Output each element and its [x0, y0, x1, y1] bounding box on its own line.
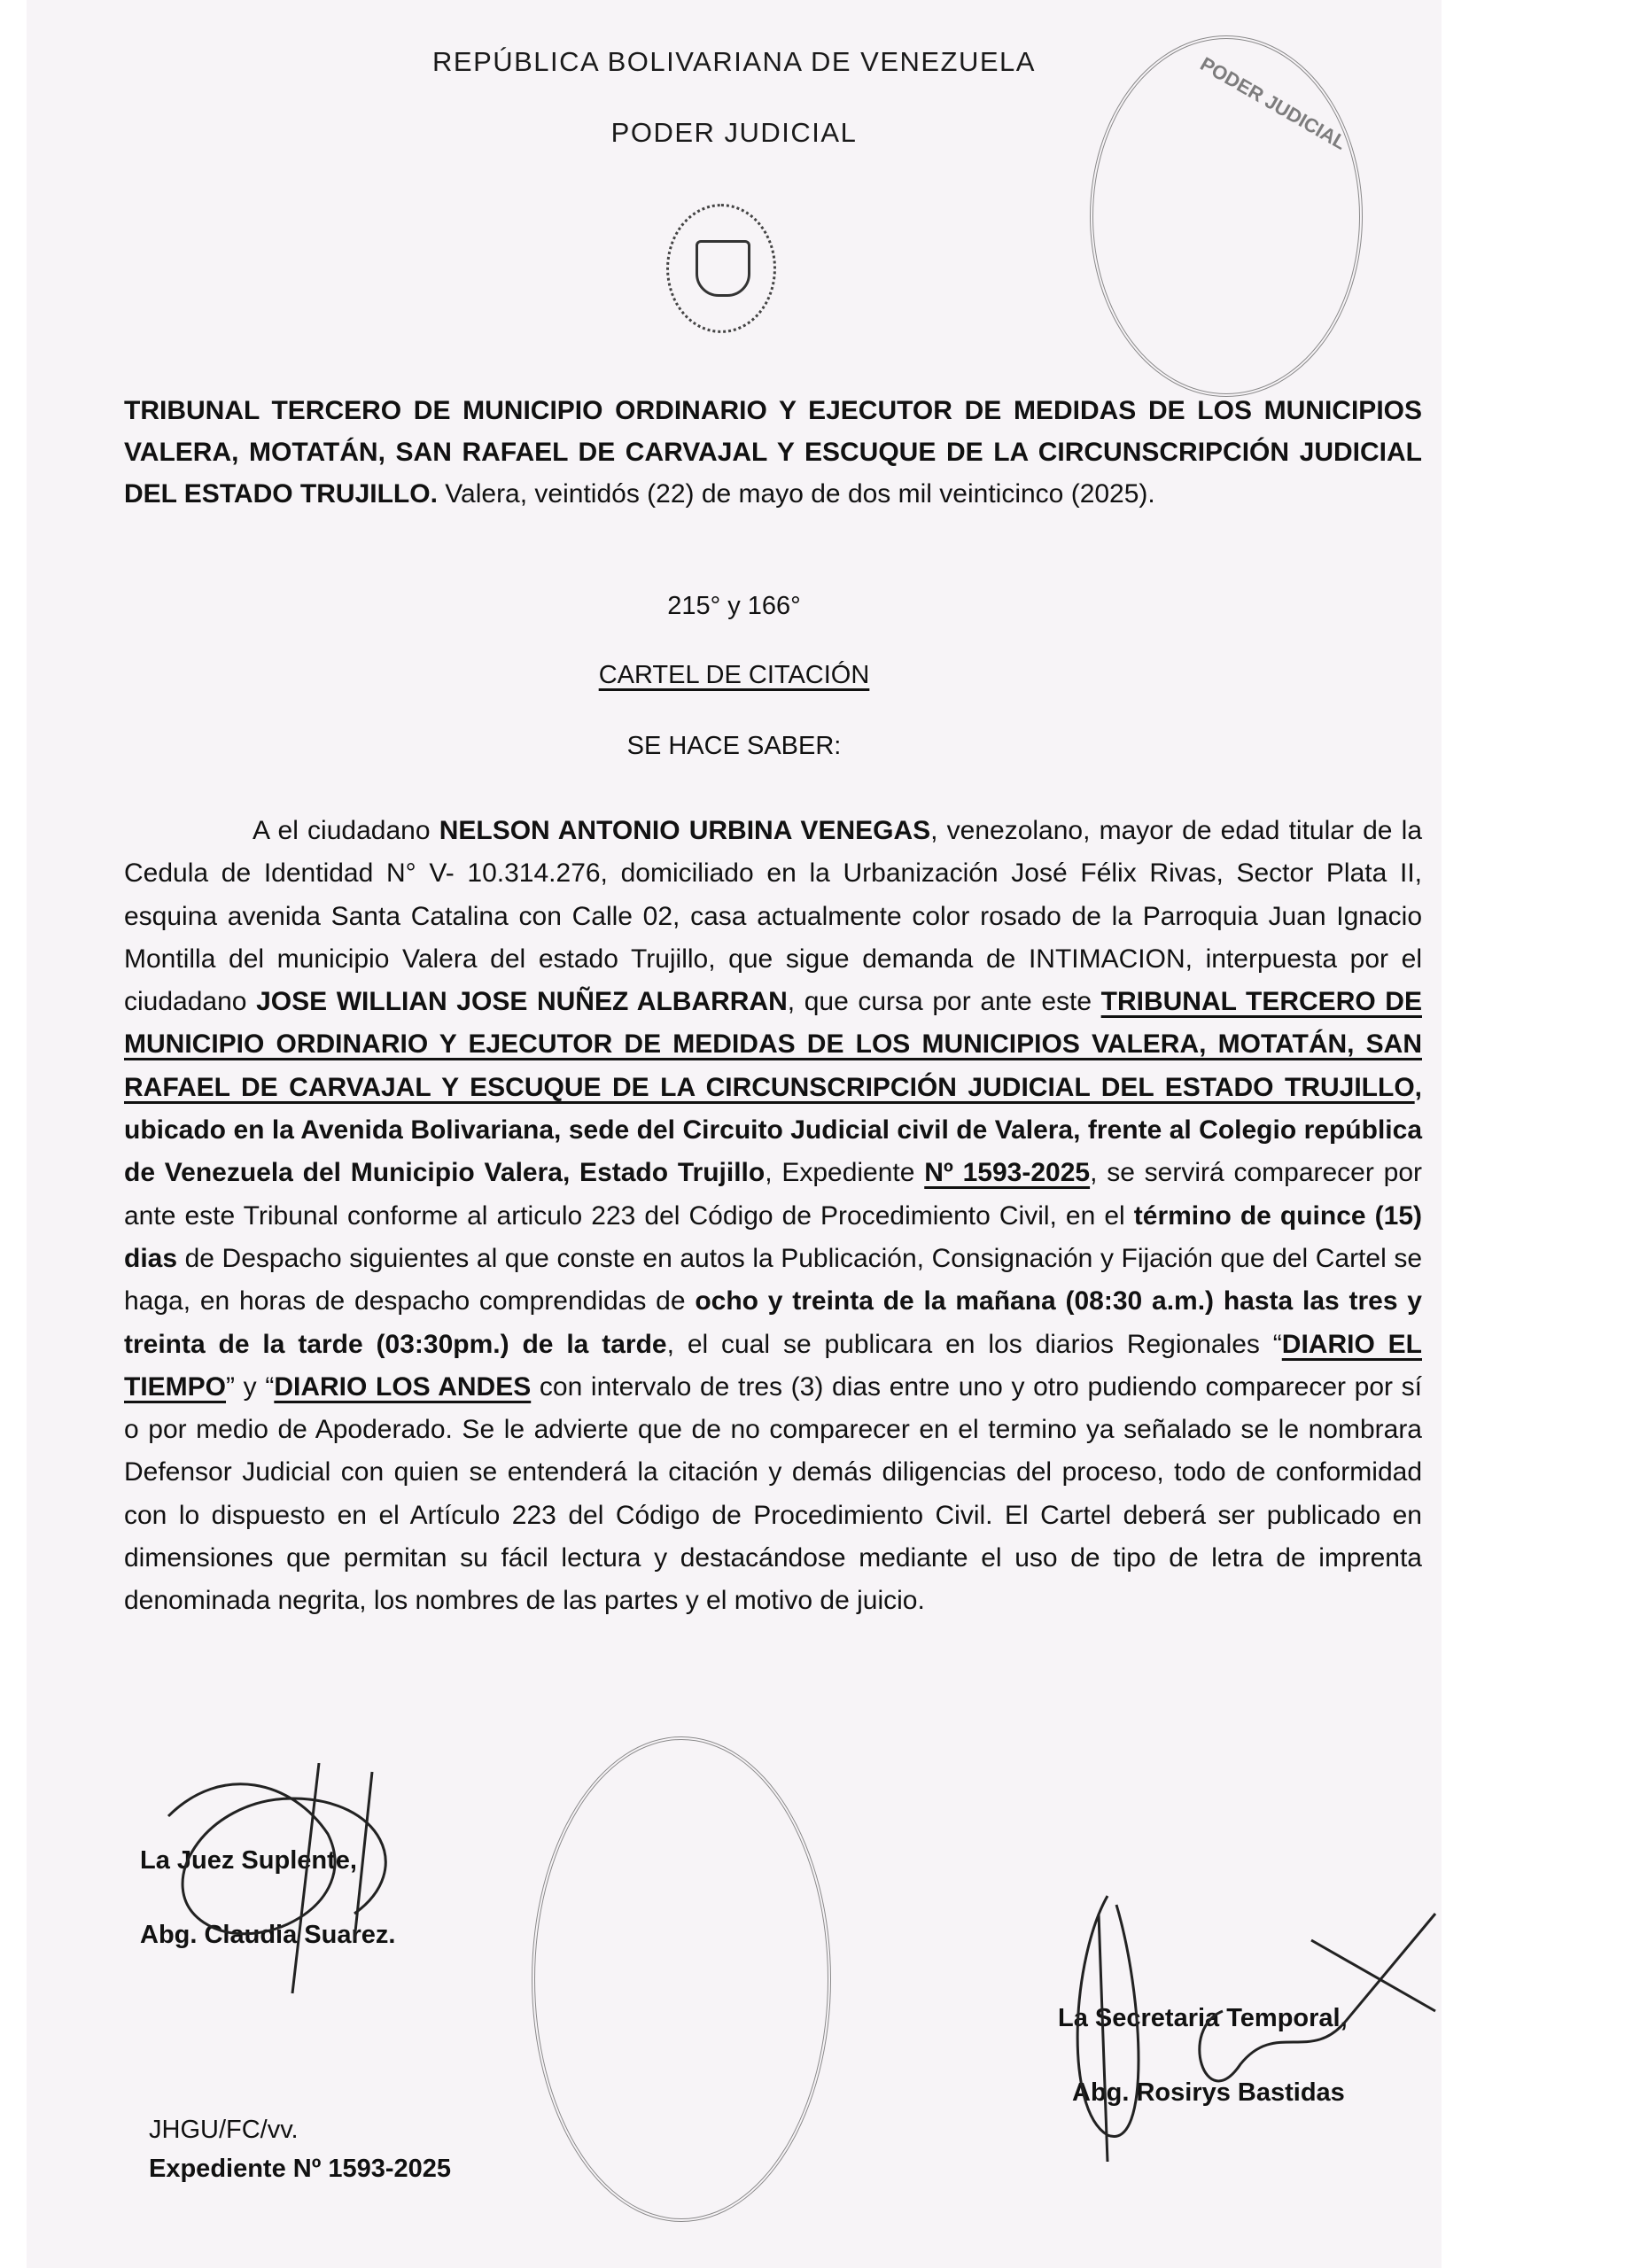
document-page: REPÚBLICA BOLIVARIANA DE VENEZUELA PODER… — [27, 0, 1442, 2268]
defendant-name: NELSON ANTONIO URBINA VENEGAS — [439, 816, 930, 845]
court-stamp-top: PODER JUDICIAL — [1090, 35, 1363, 397]
expediente-footer: Expediente Nº 1593-2025 — [149, 2155, 451, 2184]
secretary-role: La Secretaria Temporal, — [1058, 2004, 1348, 2033]
case-number: Nº 1593-2025 — [924, 1158, 1090, 1187]
initials: JHGU/FC/vv. — [149, 2116, 299, 2145]
date-place: Valera, veintidós (22) de mayo de dos mi… — [445, 479, 1155, 509]
court-heading: TRIBUNAL TERCERO DE MUNICIPIO ORDINARIO … — [124, 390, 1422, 515]
secretary-name: Abg. Rosirys Bastidas — [1072, 2078, 1345, 2108]
newspaper-2: DIARIO LOS ANDES — [274, 1372, 531, 1402]
citation-body: A el ciudadano NELSON ANTONIO URBINA VEN… — [124, 810, 1422, 1623]
judge-name: Abg. Claudia Suarez. — [140, 1921, 395, 1950]
announcement: SE HACE SABER: — [27, 732, 1442, 761]
plaintiff-name: JOSE WILLIAN JOSE NUÑEZ ALBARRAN — [256, 987, 788, 1016]
document-title: CARTEL DE CITACIÓN — [599, 661, 870, 689]
coat-of-arms-icon — [666, 204, 776, 333]
judge-role: La Juez Suplente, — [140, 1846, 357, 1876]
judge-signature-icon — [151, 1763, 443, 2029]
court-stamp-bottom — [532, 1736, 831, 2222]
years: 215° y 166° — [27, 592, 1442, 621]
